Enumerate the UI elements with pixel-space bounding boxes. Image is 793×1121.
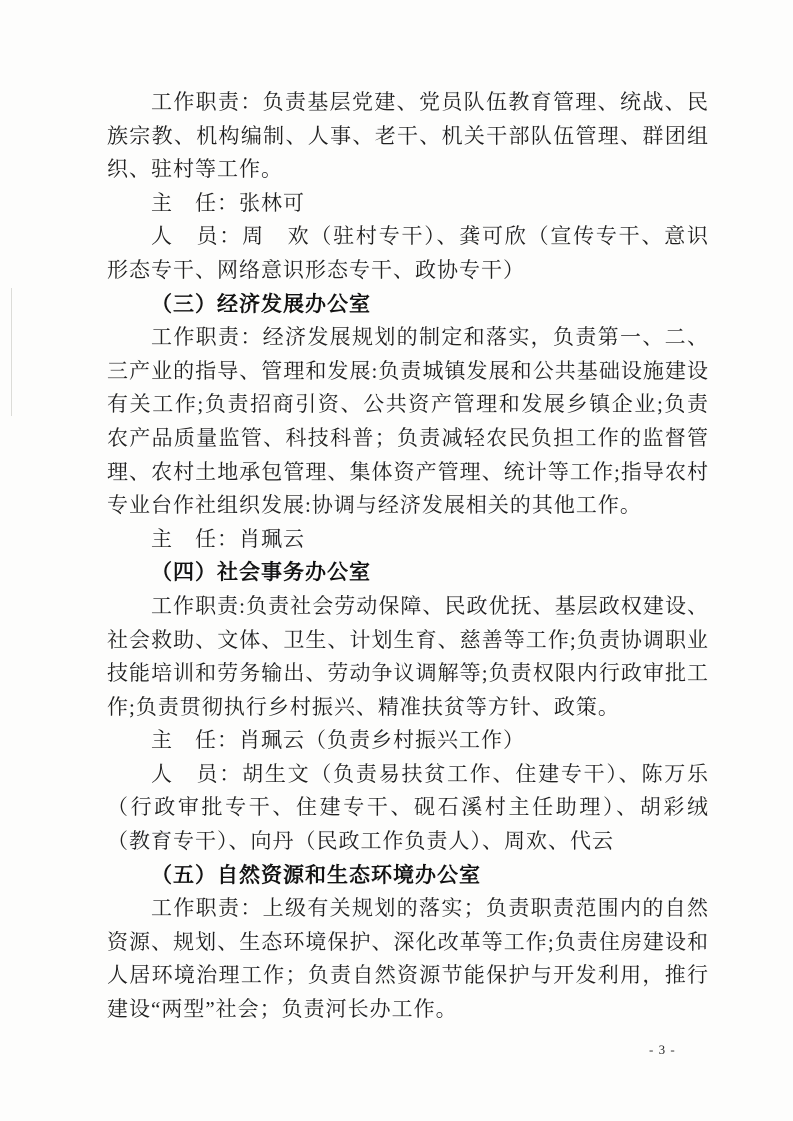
section-3-heading: （三）经济发展办公室 — [107, 288, 709, 322]
economic-office-duties-paragraph: 工作职责：经济发展规划的制定和落实，负责第一、二、三产业的指导、管理和发展:负责… — [107, 321, 709, 523]
economic-office-director-line: 主 任：肖珮云 — [107, 523, 709, 557]
party-affairs-duties-paragraph: 工作职责：负责基层党建、党员队伍教育管理、统战、民族宗教、机构编制、人事、老干、… — [107, 86, 709, 187]
section-4-heading: （四）社会事务办公室 — [107, 556, 709, 590]
party-affairs-staff-line: 人 员：周 欢（驻村专干）、龚可欣（宣传专干、意识形态专干、网络意识形态专干、政… — [107, 220, 709, 287]
social-affairs-director-line: 主 任：肖珮云（负责乡村振兴工作） — [107, 724, 709, 758]
party-affairs-director-line: 主 任：张林可 — [107, 187, 709, 221]
social-affairs-duties-paragraph: 工作职责:负责社会劳动保障、民政优抚、基层政权建设、社会救助、文体、卫生、计划生… — [107, 590, 709, 724]
document-page: 工作职责：负责基层党建、党员队伍教育管理、统战、民族宗教、机构编制、人事、老干、… — [0, 0, 793, 1121]
document-body: 工作职责：负责基层党建、党员队伍教育管理、统战、民族宗教、机构编制、人事、老干、… — [107, 86, 709, 1027]
page-number: - 3 - — [649, 1042, 676, 1058]
natural-resources-duties-paragraph: 工作职责：上级有关规划的落实；负责职责范围内的自然资源、规划、生态环境保护、深化… — [107, 892, 709, 1026]
section-5-heading: （五）自然资源和生态环境办公室 — [107, 859, 709, 893]
social-affairs-staff-line: 人 员：胡生文（负责易扶贫工作、住建专干）、陈万乐（行政审批专干、住建专干、砚石… — [107, 758, 709, 859]
scan-edge-artifact — [11, 288, 12, 416]
